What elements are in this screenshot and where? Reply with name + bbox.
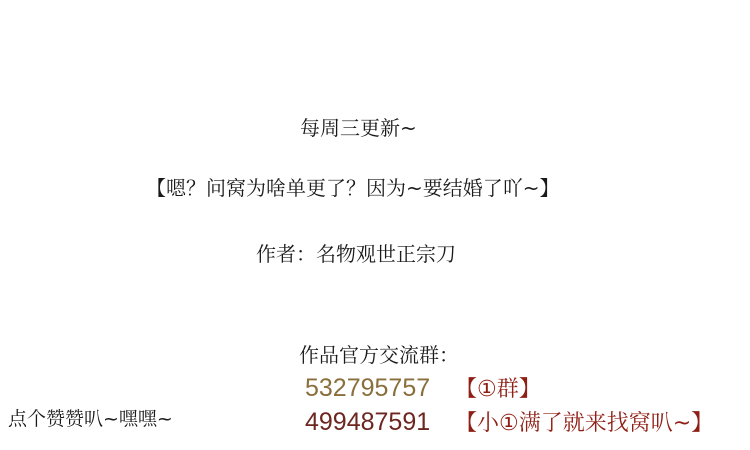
update-schedule-text: 每周三更新~ — [300, 118, 417, 138]
like-request-text: 点个赞赞叭~嘿嘿~ — [8, 410, 173, 429]
group-tag-1: 【①群】 — [455, 379, 541, 401]
group-title: 作品官方交流群： — [299, 345, 459, 365]
author-label: 作者： — [256, 242, 316, 266]
group-number-2: 499487591 — [305, 410, 455, 435]
group-row-1: 532795757【①群】 — [305, 376, 541, 401]
author-credit: 作者：名物观世正宗刀 — [256, 244, 456, 264]
group-tag-2: 【小①满了就来找窝叭~】 — [455, 413, 713, 435]
group-row-2: 499487591【小①满了就来找窝叭~】 — [305, 410, 713, 435]
author-name: 名物观世正宗刀 — [316, 242, 456, 266]
update-note-text: 【嗯？问窝为啥单更了？因为~要结婚了吖~】 — [146, 178, 560, 198]
group-number-1: 532795757 — [305, 376, 455, 401]
